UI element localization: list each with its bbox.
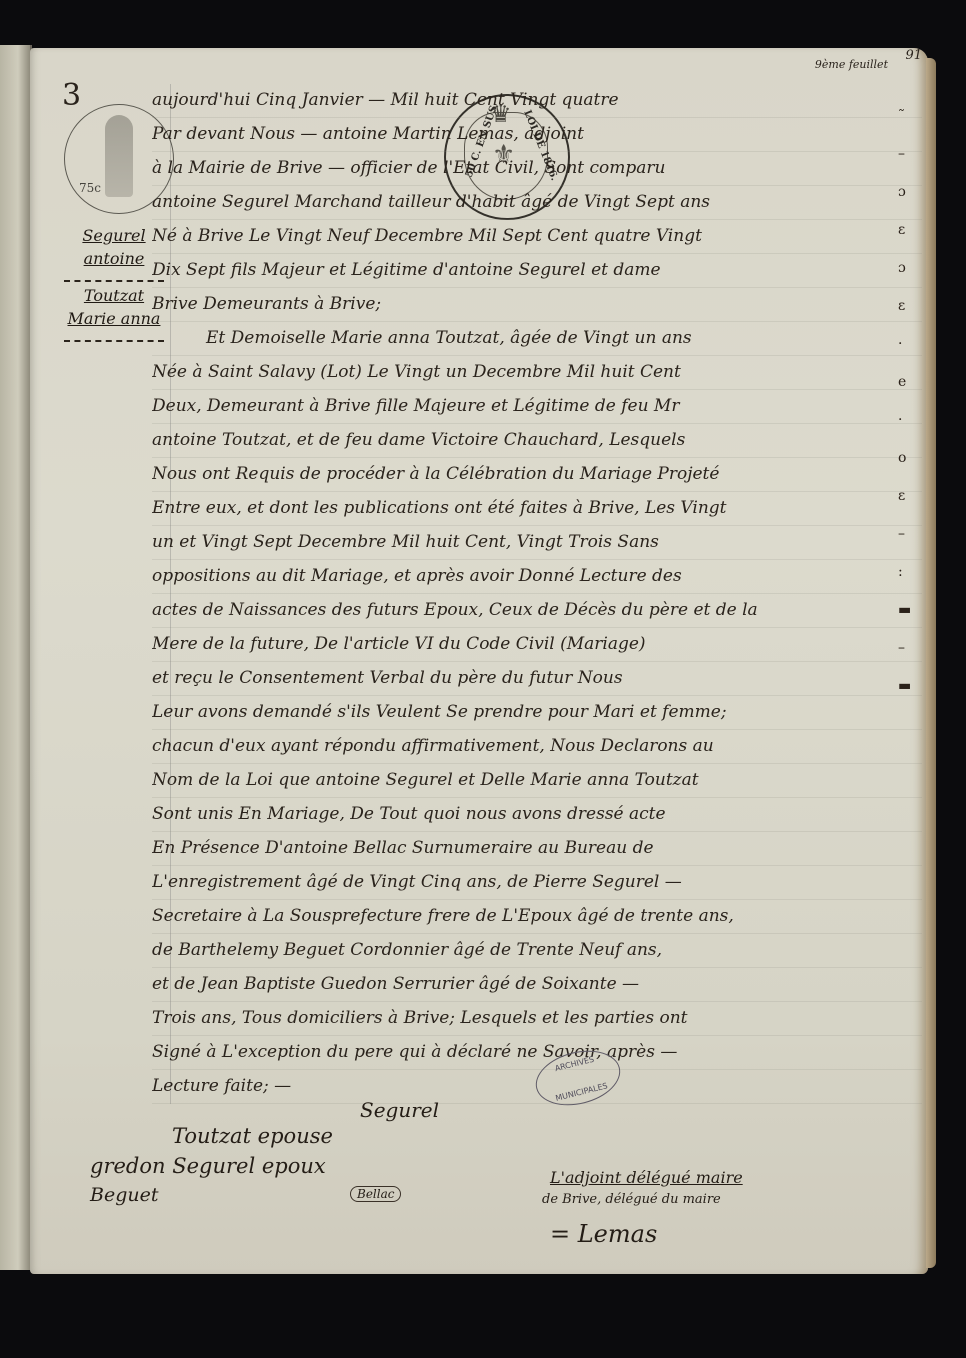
signature-adjoint-subtitle: de Brive, délégué du maire [542, 1192, 721, 1207]
margin-mark: o [898, 450, 910, 488]
record-line: Et Demoiselle Marie anna Toutzat, âgée d… [152, 322, 922, 356]
stamp-value: 75c [79, 181, 101, 195]
margin-mark: ɔ [898, 260, 910, 298]
margin-mark: ɛ [898, 298, 910, 336]
margin-mark: e [898, 374, 910, 412]
record-line: Mere de la future, De l'article VI du Co… [152, 628, 922, 662]
margin-mark: ˜ [898, 108, 910, 146]
record-line: Par devant Nous — antoine Martin Lemas, … [152, 118, 922, 152]
record-line: Sont unis En Mariage, De Tout quoi nous … [152, 798, 922, 832]
page-number: 3 [62, 78, 81, 113]
signature-lemas: = Lemas [550, 1220, 657, 1248]
record-line: Dix Sept fils Majeur et Légitime d'antoi… [152, 254, 922, 288]
signature-bellac: Bellac [350, 1186, 401, 1202]
folio-number: 91 [905, 48, 922, 63]
record-line: à la Mairie de Brive — officier de l'Eta… [152, 152, 922, 186]
margin-mark: ɛ [898, 222, 910, 260]
squiggle-divider [64, 272, 164, 282]
margin-mark: ▬ [898, 602, 910, 640]
record-line: Nous ont Requis de procéder à la Célébra… [152, 458, 922, 492]
record-line: Entre eux, et dont les publications ont … [152, 492, 922, 526]
folio-note: 9ème feuillet [815, 58, 888, 71]
signature-beguet: Beguet [90, 1184, 159, 1206]
margin-mark: : [898, 564, 910, 602]
record-line: L'enregistrement âgé de Vingt Cinq ans, … [152, 866, 922, 900]
record-line: actes de Naissances des futurs Epoux, Ce… [152, 594, 922, 628]
document-page: 3 9ème feuillet 91 75c ♛ ⚜ 50 C. EN SUS … [30, 48, 928, 1274]
record-line: En Présence D'antoine Bellac Surnumerair… [152, 832, 922, 866]
record-line: antoine Segurel Marchand tailleur d'habi… [152, 186, 922, 220]
margin-mark: ɛ [898, 488, 910, 526]
margin-mark: · [898, 412, 910, 450]
squiggle-divider [64, 332, 164, 342]
record-line: et de Jean Baptiste Guedon Serrurier âgé… [152, 968, 922, 1002]
left-page-edge [0, 45, 32, 1270]
record-line: et reçu le Consentement Verbal du père d… [152, 662, 922, 696]
margin-mark: – [898, 526, 910, 564]
signature-toutzat-bride: Toutzat epouse [172, 1124, 333, 1148]
record-line: Signé à L'exception du pere qui à déclar… [152, 1036, 922, 1070]
margin-mark: ɔ [898, 184, 910, 222]
page-edge [926, 58, 936, 1268]
record-line: aujourd'hui Cinq Janvier — Mil huit Cent… [152, 84, 922, 118]
signature-segurel-groom: gredon Segurel epoux [90, 1154, 326, 1178]
signature-adjoint-title: L'adjoint délégué maire [550, 1168, 743, 1187]
record-line: Nom de la Loi que antoine Segurel et Del… [152, 764, 922, 798]
record-line: Trois ans, Tous domiciliers à Brive; Les… [152, 1002, 922, 1036]
record-line: Née à Saint Salavy (Lot) Le Vingt un Dec… [152, 356, 922, 390]
record-line: antoine Toutzat, et de feu dame Victoire… [152, 424, 922, 458]
record-line: oppositions au dit Mariage, et après avo… [152, 560, 922, 594]
margin-mark: – [898, 640, 910, 678]
record-line: Leur avons demandé s'ils Veulent Se pren… [152, 696, 922, 730]
margin-mark: · [898, 336, 910, 374]
record-line: un et Vingt Sept Decembre Mil huit Cent,… [152, 526, 922, 560]
record-line: Né à Brive Le Vingt Neuf Decembre Mil Se… [152, 220, 922, 254]
margin-mark: ▬ [898, 678, 910, 716]
record-line: de Barthelemy Beguet Cordonnier âgé de T… [152, 934, 922, 968]
record-line: Deux, Demeurant à Brive fille Majeure et… [152, 390, 922, 424]
record-line: Secretaire à La Sousprefecture frere de … [152, 900, 922, 934]
record-body: aujourd'hui Cinq Janvier — Mil huit Cent… [152, 84, 922, 1104]
right-margin-marks: ˜ – ɔ ɛ ɔ ɛ · e · o ɛ – : ▬ – ▬ [898, 108, 910, 716]
margin-mark: – [898, 146, 910, 184]
signature-segurel: Segurel [360, 1098, 439, 1122]
record-line: Brive Demeurants à Brive; [152, 288, 922, 322]
standing-figure-icon [105, 115, 133, 197]
record-line: chacun d'eux ayant répondu affirmativeme… [152, 730, 922, 764]
